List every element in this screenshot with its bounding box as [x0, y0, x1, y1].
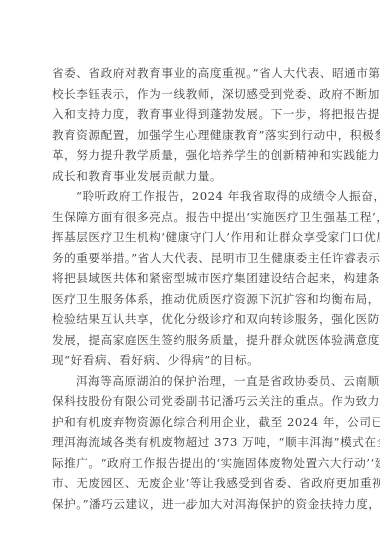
text-line: 教育资源配置，加强学生心理健康教育”落实到行动中，积极参与教育改	[52, 125, 329, 146]
text-line: 务的重要举措。”省人大代表、昆明市卫生健康委主任许睿表示，下一步，	[52, 248, 329, 269]
text-line: 将把县域医共体和紧密型城市医疗集团建设结合起来，构建条块结合的	[52, 268, 329, 289]
text-line: 发展，提高家庭医生签约服务质量，提升群众就医体验满意度，努力实	[52, 330, 329, 351]
text-line: 现“好看病、看好病、少得病”的目标。	[52, 350, 329, 371]
body-text: 省委、省政府对教育事业的高度重视。”省人大代表、昭通市第一中学副 校长李钰表示，…	[52, 63, 329, 514]
text-line: 成长和教育事业发展贡献力量。	[52, 166, 329, 187]
text-line: “聆听政府工作报告，2024 年我省取得的成绩令人振奋，特别是民	[52, 186, 329, 207]
text-line: 省委、省政府对教育事业的高度重视。”省人大代表、昭通市第一中学副	[52, 63, 329, 84]
text-line: 入和支持力度，教育事业得到蓬勃发展。下一步，将把报告提出的“优化	[52, 104, 329, 125]
text-line: 际推广。“政府工作报告提出的‘实施固体废物处置六大行动’‘建设无废城	[52, 453, 329, 474]
text-line: 革，努力提升教学质量，强化培养学生的创新精神和实践能力，为学生	[52, 145, 329, 166]
paragraph-healthcare: “聆听政府工作报告，2024 年我省取得的成绩令人振奋，特别是民 生保障方面有很…	[52, 186, 329, 371]
text-line: 检验结果互认共享，优化分级诊疗和双向转诊服务，强化医防融合协同	[52, 309, 329, 330]
paragraph-education: 省委、省政府对教育事业的高度重视。”省人大代表、昭通市第一中学副 校长李钰表示，…	[52, 63, 329, 186]
text-line: 医疗卫生服务体系，推动优质医疗资源下沉扩容和均衡布局，推进检查	[52, 289, 329, 310]
text-line: 护和有机废弃物资源化综合利用企业，截至 2024 年，公司已累计收集处	[52, 412, 329, 433]
text-line: 挥基层医疗卫生机构‘健康守门人’作用和让群众享受家门口优质医疗服	[52, 227, 329, 248]
text-line: 生保障方面有很多亮点。报告中提出‘实施医疗卫生强基工程’，是充分发	[52, 207, 329, 228]
document-page: 省委、省政府对教育事业的高度重视。”省人大代表、昭通市第一中学副 校长李钰表示，…	[0, 0, 380, 537]
text-line: 保科技股份有限公司党委副书记潘巧云关注的重点。作为致力于洱海保	[52, 391, 329, 412]
paragraph-erhai-protection: 洱海等高原湖泊的保护治理，一直是省政协委员、云南顺丰洱海环 保科技股份有限公司党…	[52, 371, 329, 515]
text-line: 洱海等高原湖泊的保护治理，一直是省政协委员、云南顺丰洱海环	[52, 371, 329, 392]
page-number: 81	[0, 502, 380, 511]
text-line: 理洱海流域各类有机废物超过 373 万吨，“顺丰洱海”模式在全国乃至国	[52, 432, 329, 453]
text-line: 校长李钰表示，作为一线教师，深切感受到党委、政府不断加大教育投	[52, 84, 329, 105]
text-line: 市、无废园区、无废企业’等让我感受到省委、省政府更加重视生态环境	[52, 473, 329, 494]
